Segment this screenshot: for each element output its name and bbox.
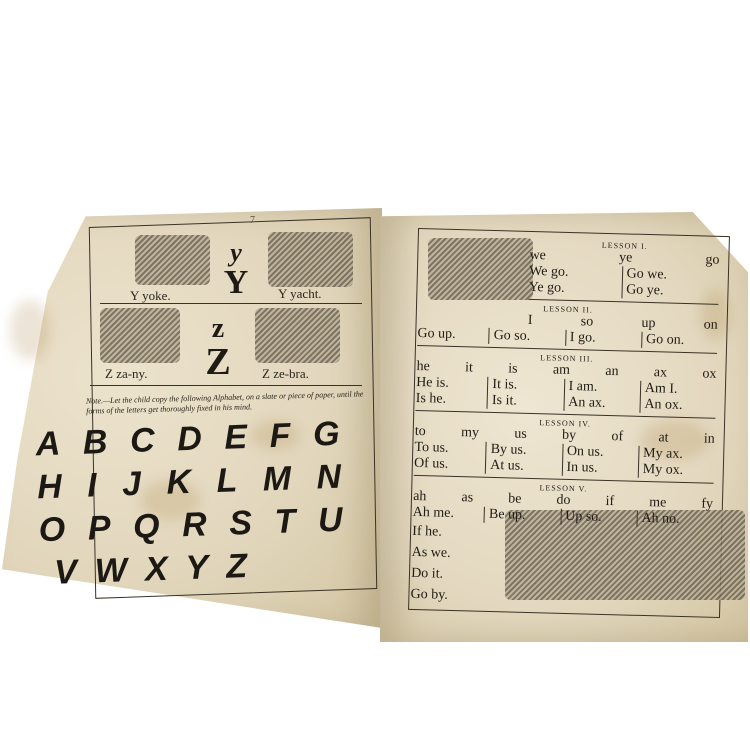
- sentence: I go.: [565, 330, 642, 348]
- letter: Y: [185, 548, 209, 592]
- sentence: At us.: [490, 458, 558, 476]
- word: up: [641, 316, 655, 332]
- sentence-list: If he. As we. Do it. Go by.: [410, 521, 712, 613]
- word: so: [581, 314, 594, 330]
- sentence: Ah no.: [636, 511, 713, 529]
- lesson-5: LESSON V. ah as be do if me fy Ah me. Be…: [410, 480, 713, 616]
- letter: O: [38, 510, 66, 554]
- word: at: [658, 430, 669, 446]
- word: am: [553, 363, 571, 379]
- sentence: It is.: [492, 377, 560, 395]
- caption-z-zebra: Z ze-bra.: [262, 366, 309, 382]
- sentence-row: To us.Of us. By us.At us. On us.In us. M…: [414, 440, 715, 480]
- caption-y-yacht: Y yacht.: [278, 286, 322, 302]
- yoke-illustration: [135, 235, 210, 285]
- word: ah: [413, 489, 427, 505]
- sentence-row: He is.Is he. It is.Is it. I am.An ax. Am…: [416, 375, 717, 415]
- lessons-column: LESSON I. we ye go We go.Ye go. Go we.Go…: [410, 236, 720, 620]
- letter: R: [181, 505, 207, 549]
- letter: M: [262, 459, 292, 503]
- letter: T: [274, 502, 296, 546]
- word: us: [514, 427, 527, 443]
- y-letters: y Y: [218, 240, 254, 300]
- letter: Z: [226, 547, 248, 591]
- letter: F: [269, 416, 291, 460]
- letter: K: [166, 463, 192, 507]
- lesson-3: LESSON III. he it is am an ax ox He is.I…: [415, 350, 716, 419]
- sentence-row: We go.Ye go. Go we.Go ye.: [528, 264, 719, 301]
- letter: C: [129, 421, 155, 465]
- word: we: [529, 248, 546, 264]
- sentence: By us.: [490, 442, 558, 460]
- caption-z-zany: Z za-ny.: [105, 366, 147, 382]
- word: it: [465, 360, 473, 376]
- word: ox: [702, 366, 716, 382]
- letter: S: [229, 504, 253, 548]
- sentence: Am I.: [645, 381, 713, 399]
- word: on: [704, 317, 718, 333]
- word: an: [605, 364, 619, 380]
- word: if: [605, 494, 614, 510]
- lesson-4: LESSON IV. to my us by of at in To us.Of…: [414, 415, 715, 484]
- word: he: [416, 359, 430, 375]
- word: ax: [654, 365, 668, 381]
- divider: [100, 303, 362, 304]
- sentence: In us.: [566, 460, 634, 478]
- divider: [90, 385, 362, 386]
- sentence: Of us.: [414, 456, 482, 474]
- uppercase-y: Y: [218, 266, 254, 300]
- letter: G: [312, 415, 340, 459]
- sentence: My ax.: [643, 446, 711, 464]
- stain: [10, 300, 50, 360]
- sentence: I am.: [568, 379, 636, 397]
- letter: U: [317, 501, 343, 545]
- word: me: [649, 495, 667, 511]
- alphabet-block: A B C D E F G H I J K L M N O P Q R S T …: [27, 414, 353, 597]
- word: be: [508, 491, 522, 507]
- letter: X: [144, 550, 168, 594]
- letter: L: [216, 461, 238, 505]
- word: my: [461, 425, 479, 441]
- sentence: Up so.: [560, 509, 637, 527]
- zany-illustration: [100, 308, 180, 363]
- sentence: My ox.: [642, 462, 710, 480]
- sentence: Go up.: [417, 326, 489, 344]
- zebra-illustration: [255, 308, 340, 363]
- letter: B: [82, 423, 108, 467]
- letter: A: [35, 424, 61, 468]
- letter: P: [87, 509, 111, 553]
- word: fy: [701, 496, 713, 512]
- sentence: Go on.: [641, 332, 718, 350]
- sentence: He is.: [416, 375, 484, 393]
- lesson-2: LESSON II. I so up on Go up. Go so. I go…: [417, 301, 718, 354]
- word: I: [528, 313, 533, 329]
- word: by: [562, 428, 576, 444]
- caption-y-yoke: Y yoke.: [130, 288, 171, 304]
- word: go: [705, 252, 719, 268]
- sentence: An ox.: [644, 397, 712, 415]
- uppercase-z: Z: [200, 343, 236, 381]
- lowercase-y: y: [218, 240, 254, 266]
- letter: I: [87, 466, 98, 509]
- lesson-1: LESSON I. we ye go We go.Ye go. Go we.Go…: [528, 239, 720, 305]
- word: of: [611, 429, 623, 445]
- yacht-illustration: [268, 232, 353, 287]
- sentence: On us.: [567, 444, 635, 462]
- sentence: An ax.: [568, 395, 636, 413]
- letter: W: [94, 551, 128, 595]
- word: is: [508, 361, 518, 377]
- sentence: Is it.: [492, 393, 560, 411]
- sentence: Ah me.: [413, 505, 485, 523]
- letter: Q: [132, 507, 160, 551]
- letter: V: [54, 553, 78, 597]
- word: as: [461, 490, 473, 506]
- open-antique-primer-book: 7 y Y Y yoke. Y yacht. z Z Z za-ny. Z ze…: [0, 0, 750, 750]
- lowercase-z: z: [200, 315, 236, 343]
- word: to: [415, 424, 426, 440]
- word: do: [556, 493, 570, 509]
- sentence: Go so.: [488, 328, 565, 346]
- sentence: Ye go.: [528, 280, 617, 298]
- page-number: 7: [250, 215, 255, 226]
- letter: N: [316, 458, 342, 502]
- word: in: [704, 432, 715, 448]
- letter: D: [177, 420, 203, 464]
- sentence: Is he.: [416, 391, 484, 409]
- z-letters: z Z: [200, 315, 236, 381]
- sentence: Go ye.: [626, 282, 715, 300]
- sentence: Be up.: [484, 507, 561, 525]
- letter: J: [121, 465, 141, 509]
- word: ye: [619, 250, 633, 266]
- sentence: To us.: [414, 440, 482, 458]
- letter: E: [224, 418, 248, 462]
- letter: H: [37, 467, 63, 511]
